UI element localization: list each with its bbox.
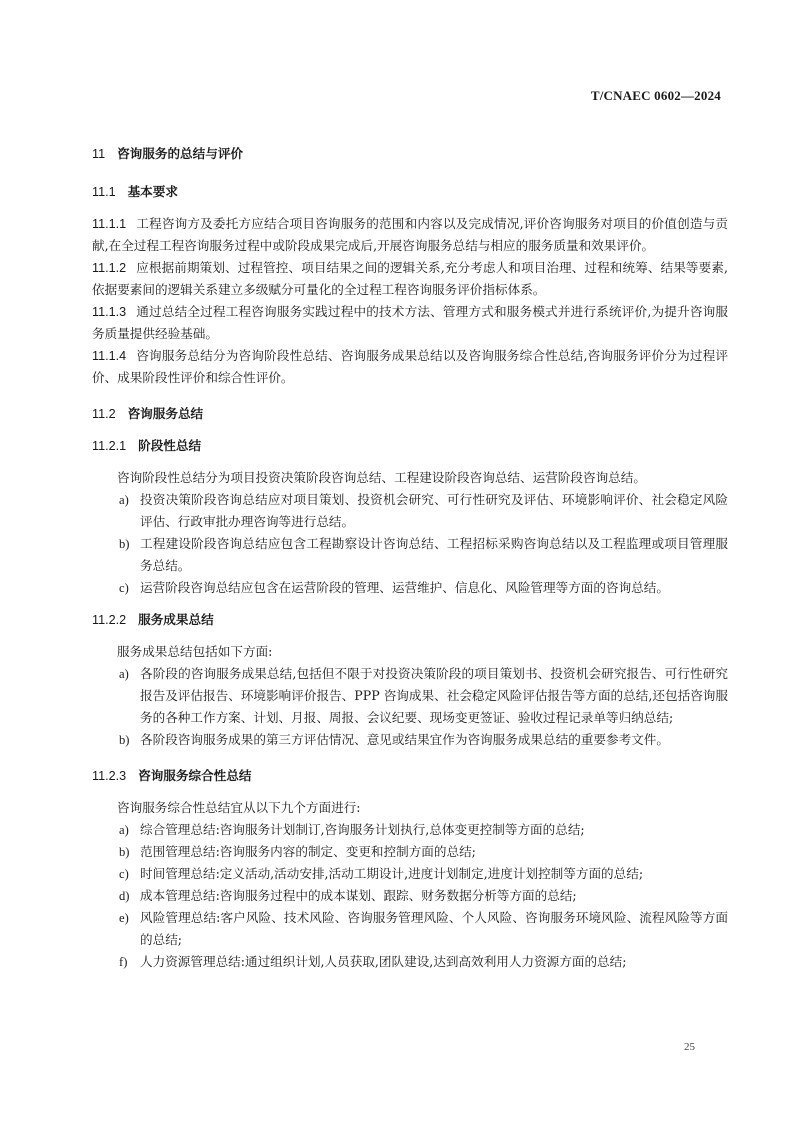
- list-marker: d): [119, 885, 130, 907]
- list-item: b)范围管理总结:咨询服务内容的制定、变更和控制方面的总结;: [92, 841, 728, 863]
- list-marker: e): [119, 907, 129, 929]
- list-marker: f): [119, 951, 127, 973]
- subsection-lead: 咨询阶段性总结分为项目投资决策阶段咨询总结、工程建设阶段咨询总结、运营阶段咨询总…: [92, 467, 728, 489]
- chapter-number: 11: [92, 147, 105, 161]
- list-marker: a): [119, 663, 129, 685]
- list-text: 成本管理总结:咨询服务过程中的成本谋划、跟踪、财务数据分析等方面的总结;: [140, 888, 577, 903]
- list-text: 各阶段的咨询服务成果总结,包括但不限于对投资决策阶段的项目策划书、投资机会研究报…: [140, 666, 728, 725]
- clause-11-1-3: 11.1.3通过总结全过程工程咨询服务实践过程中的技术方法、管理方式和服务模式并…: [92, 301, 728, 345]
- list-marker: b): [119, 729, 130, 751]
- list-item: a)各阶段的咨询服务成果总结,包括但不限于对投资决策阶段的项目策划书、投资机会研…: [92, 663, 728, 729]
- subsection-lead: 咨询服务综合性总结宜从以下九个方面进行:: [92, 797, 728, 819]
- section-heading-11-1: 11.1基本要求: [92, 181, 728, 203]
- list-item: d)成本管理总结:咨询服务过程中的成本谋划、跟踪、财务数据分析等方面的总结;: [92, 885, 728, 907]
- clause-number: 11.1.4: [92, 349, 126, 363]
- chapter-title: 咨询服务的总结与评价: [117, 146, 243, 161]
- chapter-heading: 11咨询服务的总结与评价: [92, 143, 728, 165]
- clause-text: 通过总结全过程工程咨询服务实践过程中的技术方法、管理方式和服务模式并进行系统评价…: [92, 304, 728, 341]
- list-item: f)人力资源管理总结:通过组织计划,人员获取,团队建设,达到高效利用人力资源方面…: [92, 951, 728, 973]
- list-text: 投资决策阶段咨询总结应对项目策划、投资机会研究、可行性研究及评估、环境影响评价、…: [140, 492, 728, 529]
- list-item: e)风险管理总结:客户风险、技术风险、咨询服务管理风险、个人风险、咨询服务环境风…: [92, 907, 728, 951]
- clause-number: 11.1.3: [92, 305, 126, 319]
- list-item: a)投资决策阶段咨询总结应对项目策划、投资机会研究、可行性研究及评估、环境影响评…: [92, 489, 728, 533]
- list-11-2-3: a)综合管理总结:咨询服务计划制订,咨询服务计划执行,总体变更控制等方面的总结;…: [92, 819, 728, 973]
- subsection-heading-11-2-1: 11.2.1阶段性总结: [92, 435, 728, 457]
- clause-number: 11.1.2: [92, 261, 126, 275]
- section-title: 咨询服务总结: [128, 406, 204, 421]
- clause-11-1-4: 11.1.4咨询服务总结分为咨询阶段性总结、咨询服务成果总结以及咨询服务综合性总…: [92, 345, 728, 389]
- list-11-2-2: a)各阶段的咨询服务成果总结,包括但不限于对投资决策阶段的项目策划书、投资机会研…: [92, 663, 728, 751]
- list-text: 工程建设阶段咨询总结应包含工程勘察设计咨询总结、工程招标采购咨询总结以及工程监理…: [140, 536, 728, 573]
- subsection-number: 11.2.2: [92, 613, 126, 627]
- list-text: 综合管理总结:咨询服务计划制订,咨询服务计划执行,总体变更控制等方面的总结;: [140, 822, 585, 837]
- list-text: 各阶段咨询服务成果的第三方评估情况、意见或结果宜作为咨询服务成果总结的重要参考文…: [140, 732, 669, 747]
- list-text: 范围管理总结:咨询服务内容的制定、变更和控制方面的总结;: [140, 844, 476, 859]
- list-marker: b): [119, 841, 130, 863]
- clause-number: 11.1.1: [92, 217, 126, 231]
- subsection-number: 11.2.1: [92, 439, 126, 453]
- subsection-title: 阶段性总结: [138, 438, 201, 453]
- clause-text: 应根据前期策划、过程管控、项目结果之间的逻辑关系,充分考虑人和项目治理、过程和统…: [92, 260, 728, 297]
- clause-11-1-1: 11.1.1工程咨询方及委托方应结合项目咨询服务的范围和内容以及完成情况,评价咨…: [92, 213, 728, 257]
- list-text: 风险管理总结:客户风险、技术风险、咨询服务管理风险、个人风险、咨询服务环境风险、…: [140, 910, 728, 947]
- list-item: c)运营阶段咨询总结应包含在运营阶段的管理、运营维护、信息化、风险管理等方面的咨…: [92, 577, 728, 599]
- subsection-lead: 服务成果总结包括如下方面:: [92, 641, 728, 663]
- section-number: 11.2: [92, 407, 116, 421]
- list-text: 人力资源管理总结:通过组织计划,人员获取,团队建设,达到高效利用人力资源方面的总…: [140, 954, 626, 969]
- list-item: a)综合管理总结:咨询服务计划制订,咨询服务计划执行,总体变更控制等方面的总结;: [92, 819, 728, 841]
- standard-code: T/CNAEC 0602—2024: [591, 88, 721, 104]
- list-text: 运营阶段咨询总结应包含在运营阶段的管理、运营维护、信息化、风险管理等方面的咨询总…: [140, 580, 669, 595]
- list-marker: b): [119, 533, 130, 555]
- list-text: 时间管理总结:定义活动,活动安排,活动工期设计,进度计划制定,进度计划控制等方面…: [140, 866, 643, 881]
- clause-11-1-2: 11.1.2应根据前期策划、过程管控、项目结果之间的逻辑关系,充分考虑人和项目治…: [92, 257, 728, 301]
- section-heading-11-2: 11.2咨询服务总结: [92, 403, 728, 425]
- subsection-number: 11.2.3: [92, 769, 126, 783]
- section-number: 11.1: [92, 185, 116, 199]
- list-item: b)各阶段咨询服务成果的第三方评估情况、意见或结果宜作为咨询服务成果总结的重要参…: [92, 729, 728, 751]
- subsection-heading-11-2-2: 11.2.2服务成果总结: [92, 609, 728, 631]
- document-body: 11咨询服务的总结与评价 11.1基本要求 11.1.1工程咨询方及委托方应结合…: [92, 143, 728, 973]
- clause-text: 工程咨询方及委托方应结合项目咨询服务的范围和内容以及完成情况,评价咨询服务对项目…: [92, 216, 728, 253]
- page-number: 25: [684, 1041, 695, 1053]
- subsection-heading-11-2-3: 11.2.3咨询服务综合性总结: [92, 765, 728, 787]
- list-marker: a): [119, 819, 129, 841]
- section-title: 基本要求: [128, 184, 178, 199]
- clause-text: 咨询服务总结分为咨询阶段性总结、咨询服务成果总结以及咨询服务综合性总结,咨询服务…: [92, 348, 728, 385]
- list-marker: c): [119, 577, 129, 599]
- list-11-2-1: a)投资决策阶段咨询总结应对项目策划、投资机会研究、可行性研究及评估、环境影响评…: [92, 489, 728, 599]
- subsection-title: 服务成果总结: [138, 612, 214, 627]
- list-item: c)时间管理总结:定义活动,活动安排,活动工期设计,进度计划制定,进度计划控制等…: [92, 863, 728, 885]
- list-marker: c): [119, 863, 129, 885]
- subsection-title: 咨询服务综合性总结: [138, 768, 251, 783]
- list-marker: a): [119, 489, 129, 511]
- list-item: b)工程建设阶段咨询总结应包含工程勘察设计咨询总结、工程招标采购咨询总结以及工程…: [92, 533, 728, 577]
